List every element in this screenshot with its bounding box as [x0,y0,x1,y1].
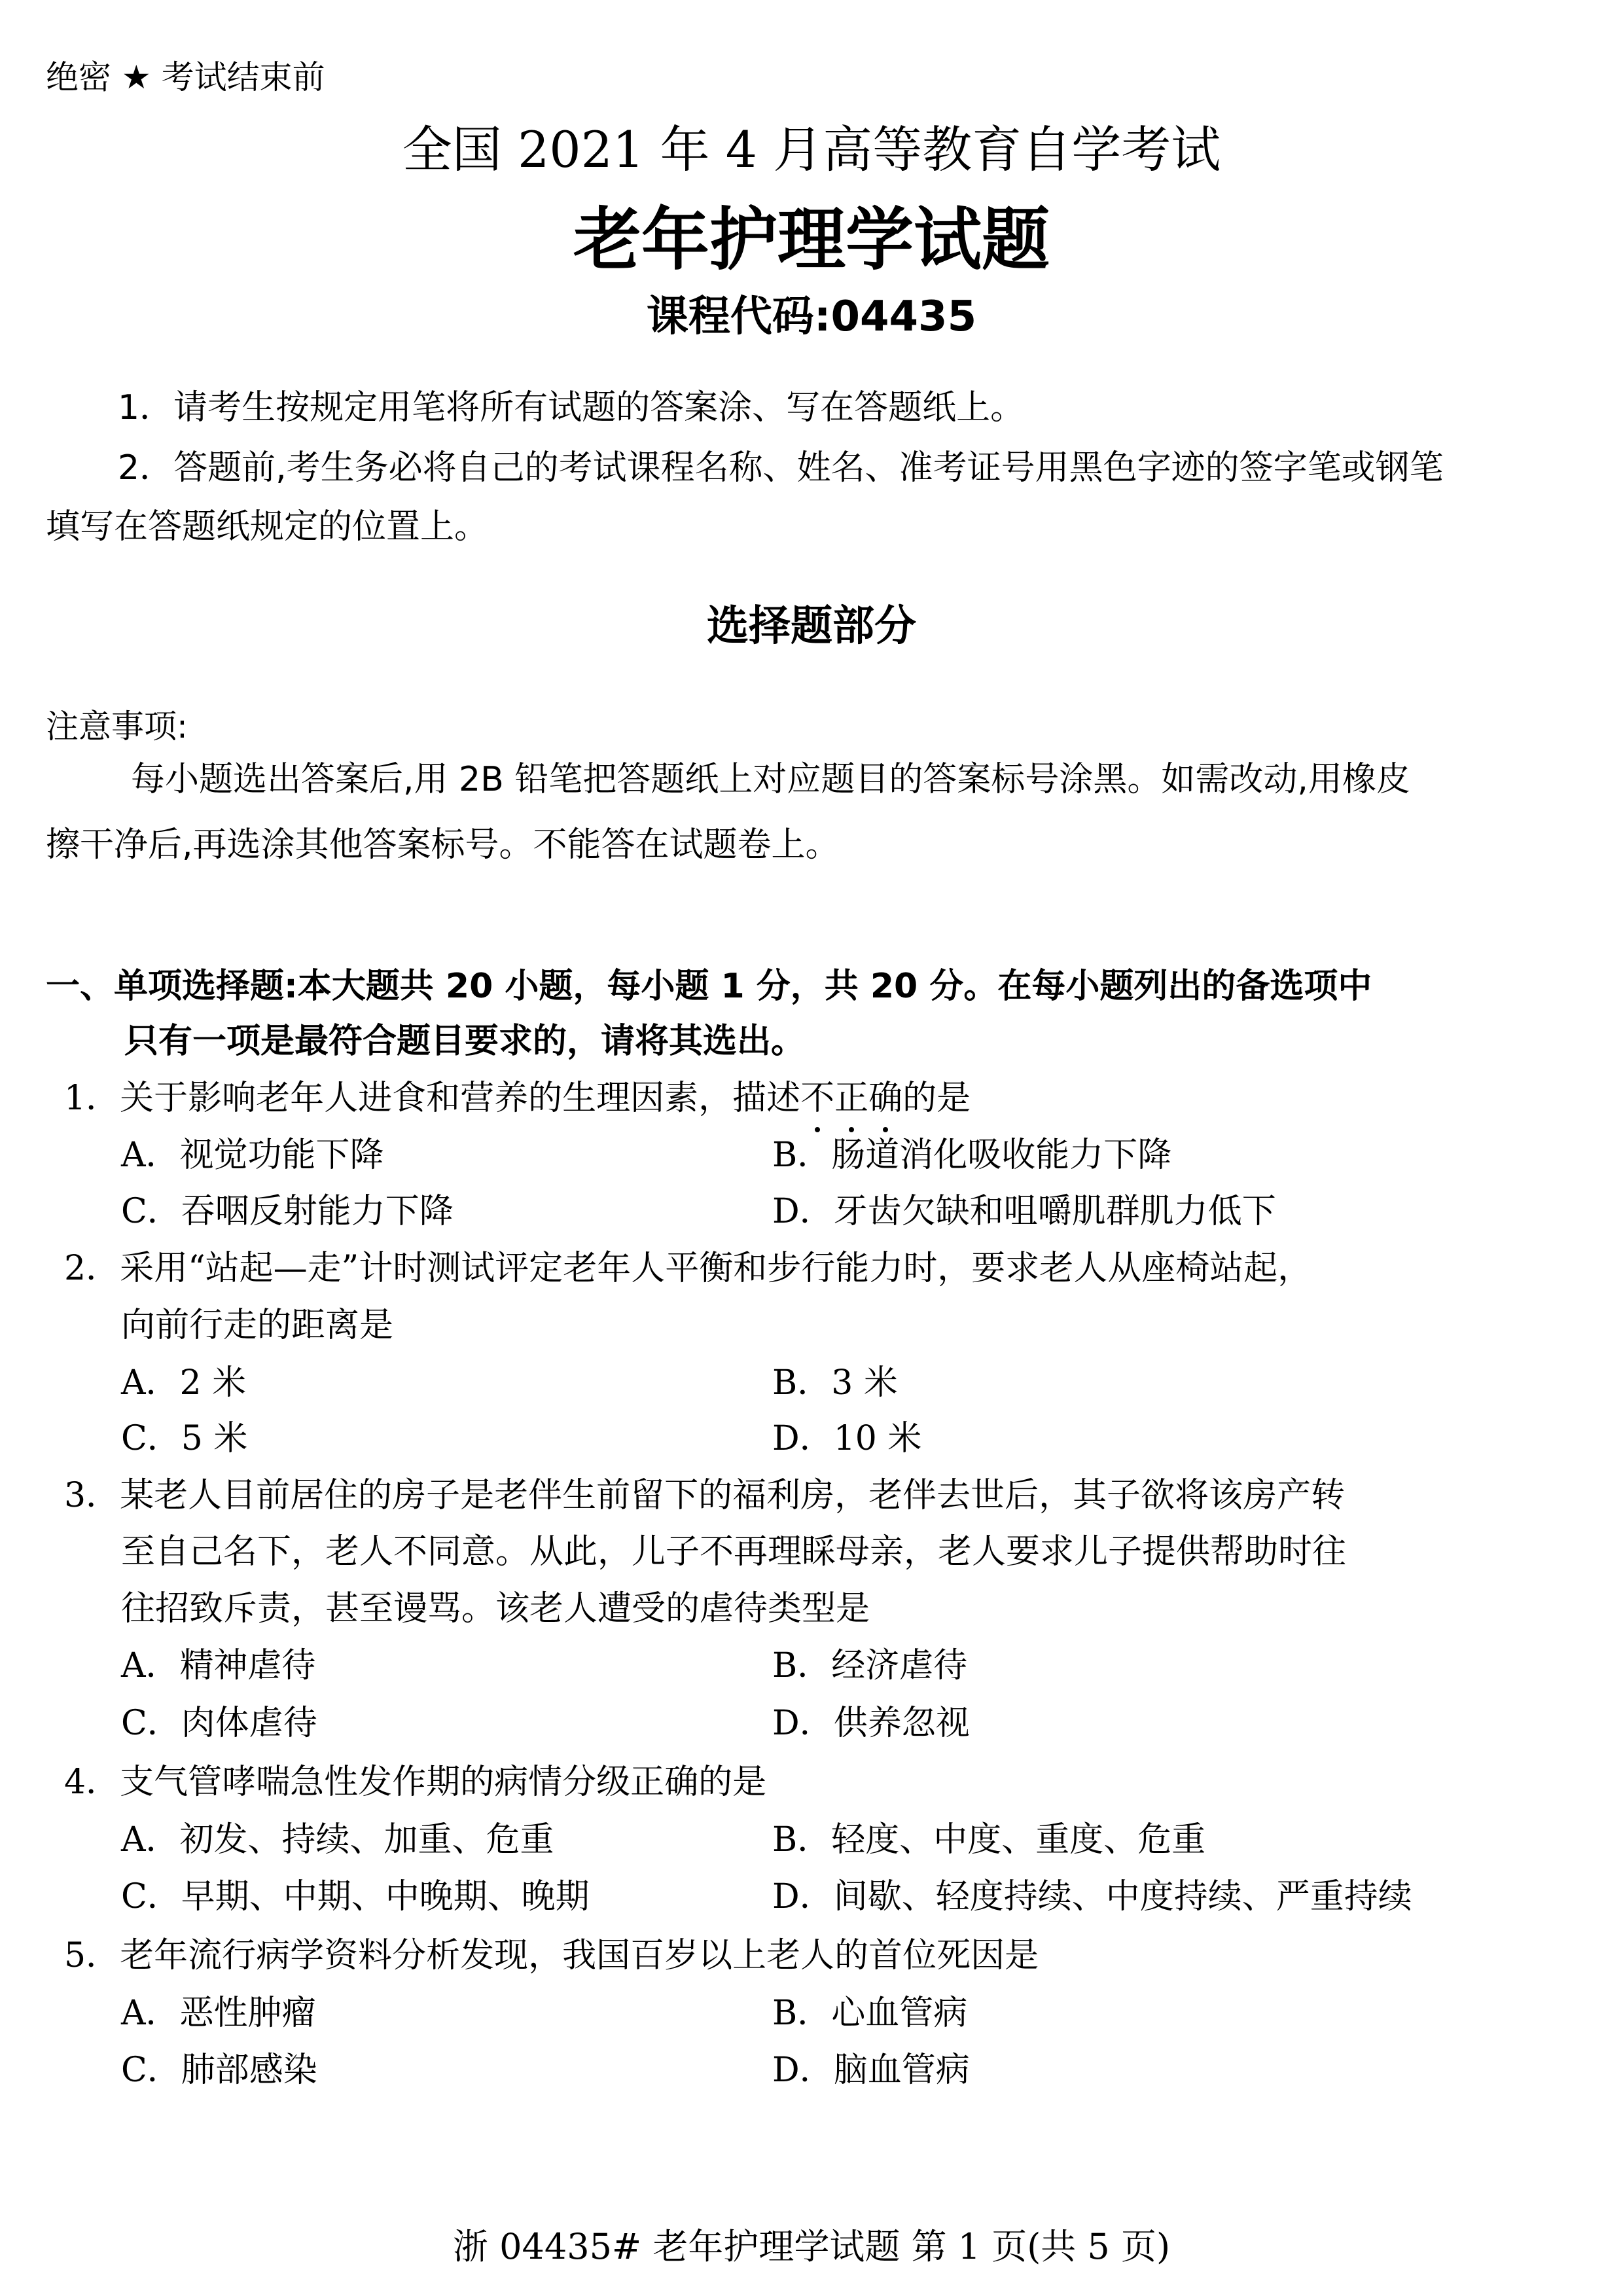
emphasis-char: 正 [834,1079,868,1118]
instruction-2-line-2: 填写在答题纸规定的位置上。 [46,499,488,548]
question-3-option-c: C．肉体虐待 [121,1695,317,1744]
question-4-option-a: A．初发、持续、加重、危重 [121,1812,554,1861]
question-3-option-b: B．经济虐待 [772,1638,967,1687]
instruction-1: 1．请考生按规定用笔将所有试题的答案涂、写在答题纸上。 [118,380,1024,429]
notice-line-1: 每小题选出答案后,用 2B 铅笔把答题纸上对应题目的答案标号涂黑。如需改动,用橡… [131,751,1410,800]
question-stem-text: 某老人目前居住的房子是老伴生前留下的福利房，老伴去世后，其子欲将该房产转 [120,1476,1345,1515]
question-3-stem-line-2: 至自己名下，老人不同意。从此，儿子不再理睬母亲，老人要求儿子提供帮助时往 [121,1524,1346,1573]
question-number: 5． [64,1936,120,1975]
question-1-stem: 1．关于影响老年人进食和营养的生理因素，描述不正确的是 [64,1070,971,1119]
part-heading-line-2: 只有一项是最符合题目要求的，请将其选出。 [124,1013,805,1062]
section-title: 选择题部分 [0,592,1623,653]
question-2-option-a: A．2 米 [121,1355,246,1404]
question-2-option-c: C．5 米 [121,1410,247,1460]
question-3-stem-line-3: 往招致斥责，甚至谩骂。该老人遭受的虐待类型是 [121,1581,870,1630]
question-5-option-c: C．肺部感染 [121,2042,317,2091]
question-3-option-a: A．精神虐待 [121,1638,316,1687]
question-4-option-d: D．间歇、轻度持续、中度持续、严重持续 [772,1869,1412,1918]
question-2-option-b: B．3 米 [772,1355,898,1404]
question-5-stem: 5．老年流行病学资料分析发现，我国百岁以上老人的首位死因是 [64,1928,1039,1977]
question-1-option-c: C．吞咽反射能力下降 [121,1183,454,1232]
question-5-option-a: A．恶性肿瘤 [121,1985,316,2034]
question-stem-text: 老年流行病学资料分析发现，我国百岁以上老人的首位死因是 [120,1936,1039,1975]
question-stem-text: 的是 [902,1079,971,1118]
question-4-stem: 4．支气管哮喘急性发作期的病情分级正确的是 [64,1754,766,1803]
notice-line-2: 擦干净后,再选涂其他答案标号。不能答在试题卷上。 [46,817,840,866]
question-stem-text: 支气管哮喘急性发作期的病情分级正确的是 [120,1763,766,1802]
question-2-stem-line-1: 2．采用“站起—走”计时测试评定老年人平衡和步行能力时，要求老人从座椅站起， [64,1240,1311,1289]
question-number: 1． [64,1079,120,1118]
page-footer: 浙 04435# 老年护理学试题 第 1 页(共 5 页) [0,2219,1623,2269]
question-1-option-b: B．肠道消化吸收能力下降 [772,1127,1171,1176]
course-code: 课程代码:04435 [0,283,1623,343]
question-number: 2． [64,1249,120,1288]
question-4-option-b: B．轻度、中度、重度、危重 [772,1812,1205,1861]
confidential-label: 绝密 ★ 考试结束前 [46,51,325,98]
question-3-option-d: D．供养忽视 [772,1695,970,1744]
question-2-stem-line-2: 向前行走的距离是 [121,1297,393,1346]
emphasis-char: 确 [868,1079,902,1118]
question-5-option-b: B．心血管病 [772,1985,967,2034]
question-stem-text: 关于影响老年人进食和营养的生理因素，描述 [120,1079,800,1118]
exam-session-title: 全国 2021 年 4 月高等教育自学考试 [0,110,1623,181]
instruction-2-line-1: 2．答题前,考生务必将自己的考试课程名称、姓名、准考证号用黑色字迹的签字笔或钢笔 [118,440,1444,489]
part-heading-line-1: 一、单项选择题:本大题共 20 小题，每小题 1 分，共 20 分。在每小题列出… [46,958,1372,1007]
question-stem-text: 采用“站起—走”计时测试评定老年人平衡和步行能力时，要求老人从座椅站起， [120,1249,1311,1288]
question-number: 3． [64,1476,120,1515]
question-2-option-d: D．10 米 [772,1410,921,1460]
question-1-option-d: D．牙齿欠缺和咀嚼肌群肌力低下 [772,1183,1276,1232]
question-number: 4． [64,1763,120,1802]
paper-title: 老年护理学试题 [0,185,1623,283]
emphasis-char: 不 [800,1079,834,1118]
question-5-option-d: D．脑血管病 [772,2042,970,2091]
question-1-option-a: A．视觉功能下降 [121,1127,384,1176]
notice-label: 注意事项: [46,700,188,747]
question-3-stem-line-1: 3．某老人目前居住的房子是老伴生前留下的福利房，老伴去世后，其子欲将该房产转 [64,1467,1345,1516]
question-4-option-c: C．早期、中期、中晚期、晚期 [121,1869,590,1918]
